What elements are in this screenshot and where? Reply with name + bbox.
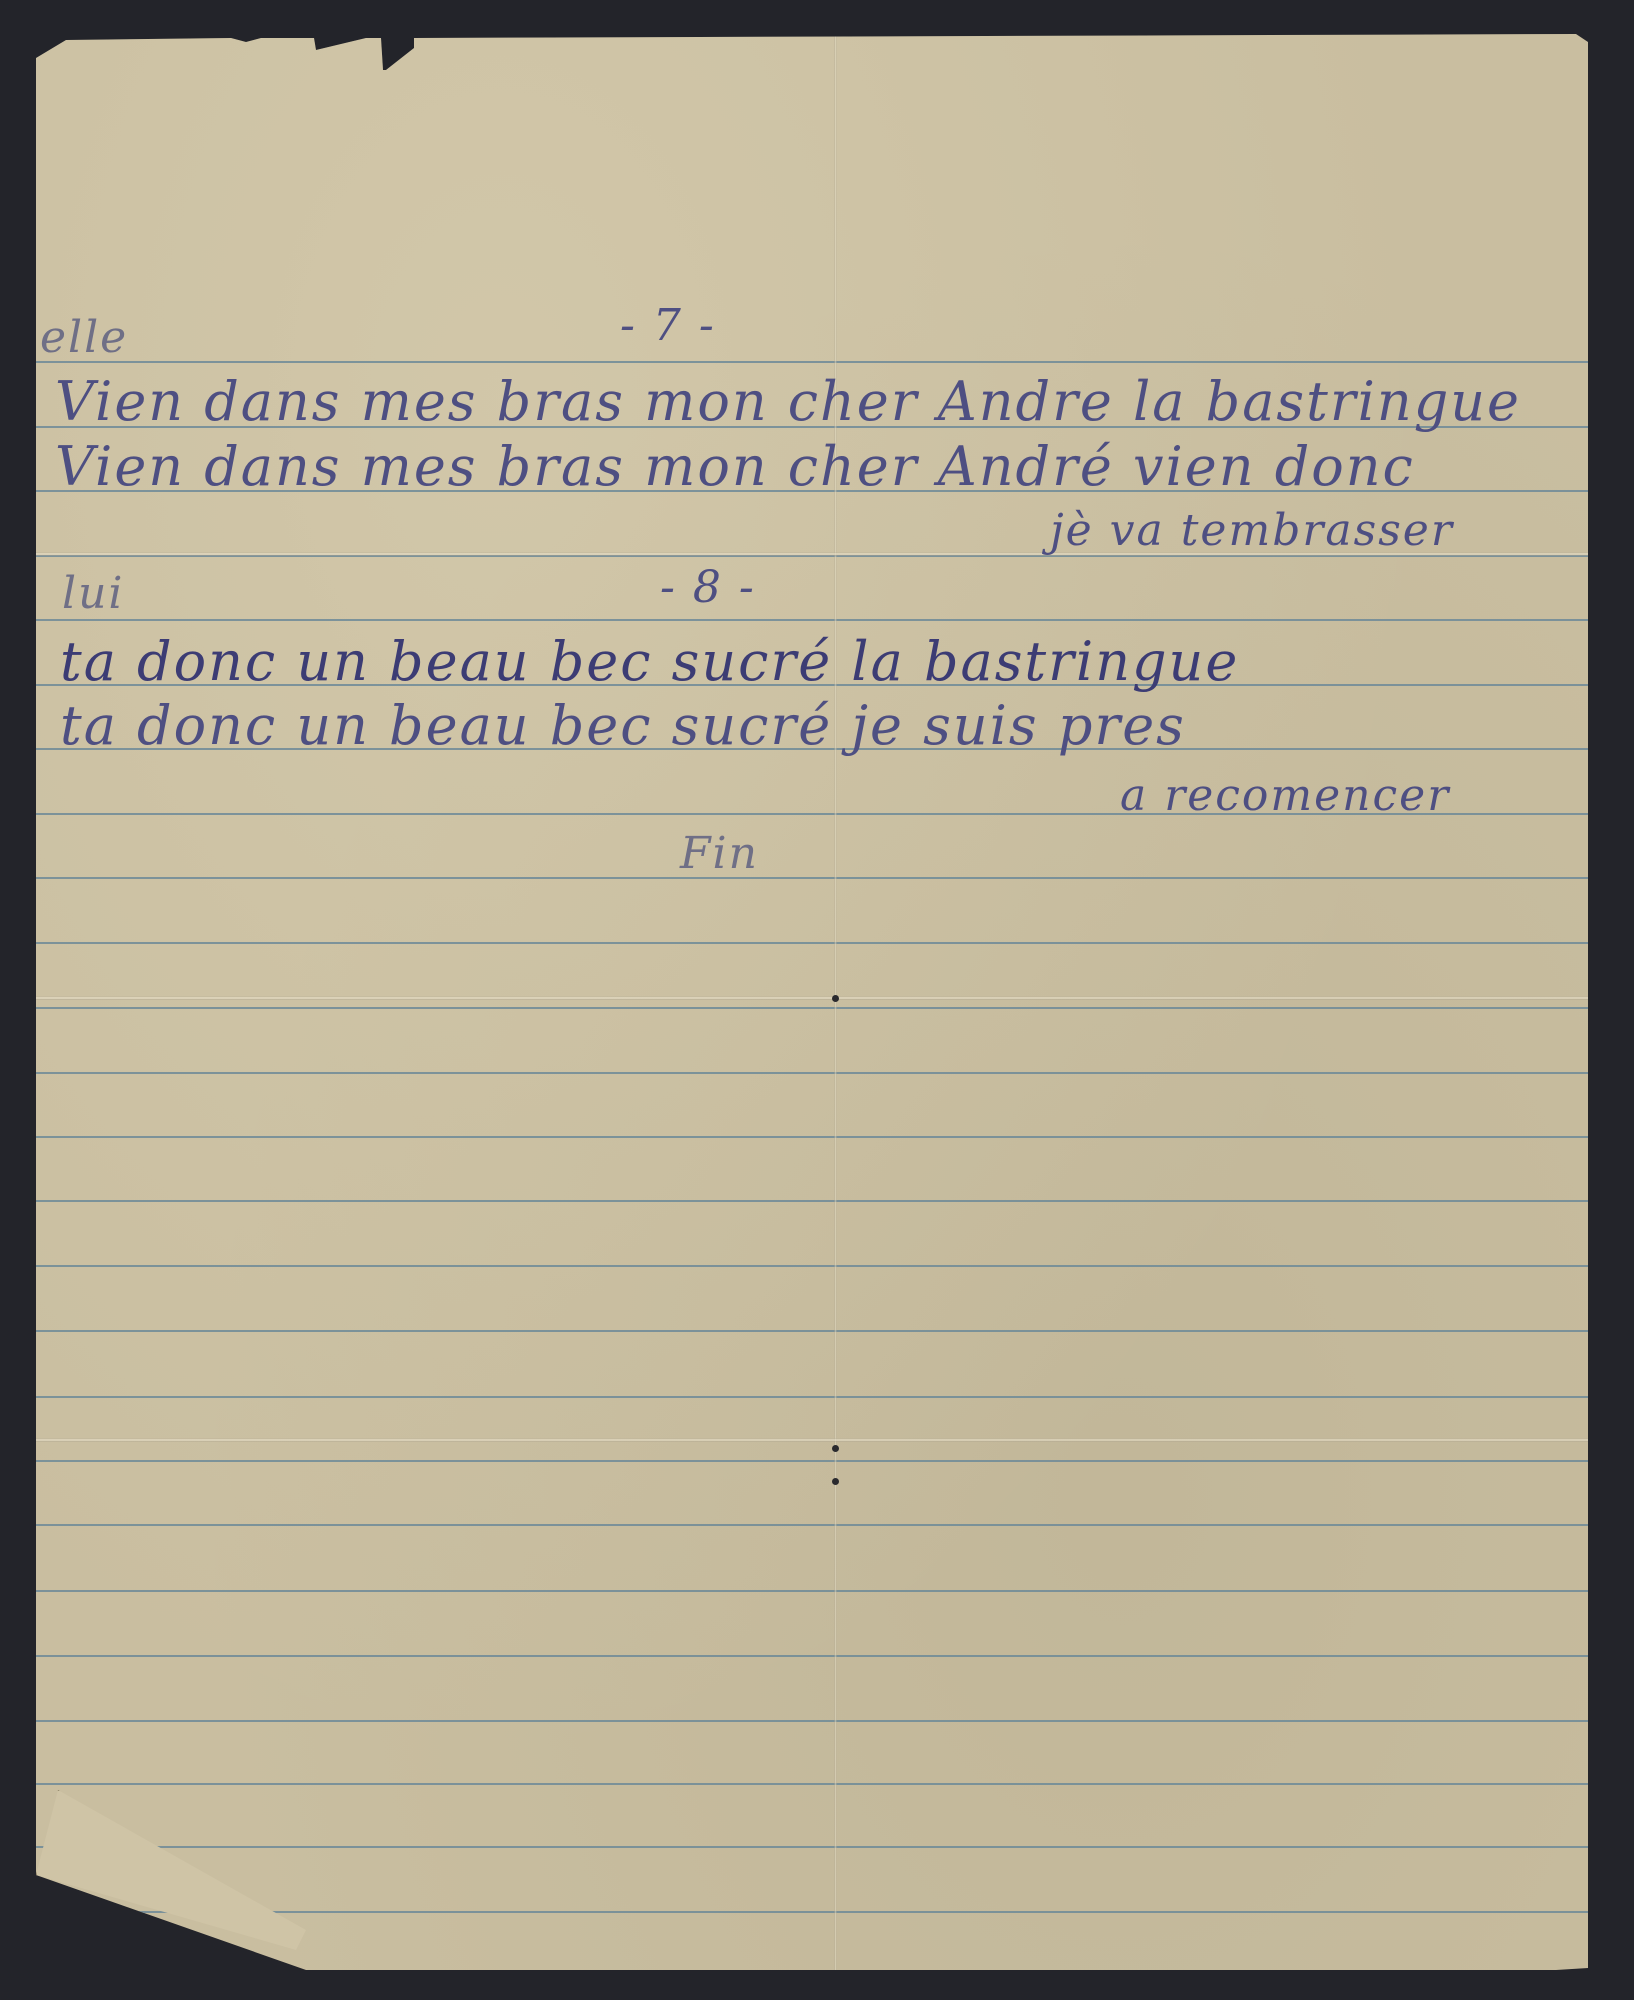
ruled-line — [36, 1460, 1588, 1462]
vertical-fold — [834, 34, 837, 1970]
ruled-line — [36, 361, 1588, 363]
paper-sheet — [36, 0, 1588, 2000]
ruled-line — [36, 1265, 1588, 1267]
ruled-line — [36, 1590, 1588, 1592]
closing-word: Fin — [680, 828, 759, 879]
ruled-line — [36, 1330, 1588, 1332]
verse-number: - 8 - — [660, 562, 756, 613]
ruled-line — [36, 1846, 1588, 1848]
ruled-line — [36, 1396, 1588, 1398]
ruled-line — [36, 1783, 1588, 1785]
fold-hole — [832, 1478, 839, 1485]
ruled-line — [36, 1720, 1588, 1722]
verse-line: ta donc un beau bec sucré la bastringue — [60, 630, 1239, 693]
verse-line: Vien dans mes bras mon cher Andre la bas… — [55, 370, 1521, 433]
verse-line: ta donc un beau bec sucré je suis pres — [60, 694, 1186, 757]
ruled-line — [36, 877, 1588, 879]
fold-hole — [832, 995, 839, 1002]
ruled-line — [36, 1524, 1588, 1526]
verse-number: - 7 - — [620, 300, 716, 351]
ruled-line — [36, 1655, 1588, 1657]
ruled-line — [36, 1072, 1588, 1074]
ruled-line — [36, 1007, 1588, 1009]
horizontal-fold — [36, 1438, 1588, 1442]
verse-line: a recomencer — [1120, 770, 1450, 821]
ruled-line — [36, 619, 1588, 621]
speaker-label: lui — [62, 568, 124, 619]
ruled-line — [36, 1136, 1588, 1138]
ruled-line — [36, 1200, 1588, 1202]
horizontal-fold — [36, 996, 1588, 1000]
verse-line: Vien dans mes bras mon cher André vien d… — [55, 435, 1415, 498]
fold-hole — [832, 1445, 839, 1452]
verse-line: jè va tembrasser — [1050, 505, 1454, 556]
ruled-line — [36, 942, 1588, 944]
speaker-label: elle — [40, 312, 128, 363]
